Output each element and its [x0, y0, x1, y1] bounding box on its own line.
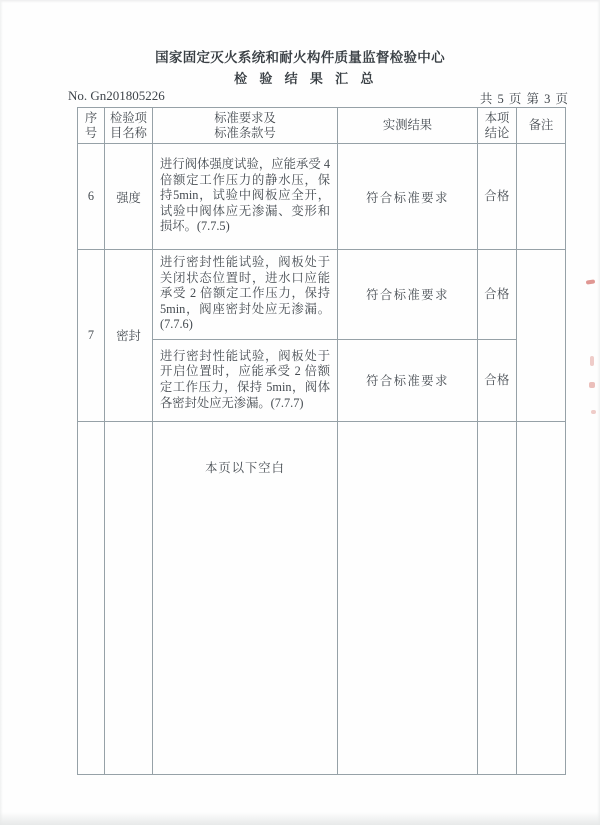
cell-conclusion-row6: 合格 [478, 144, 517, 250]
col-header-requirement: 标准要求及 标准条款号 [153, 108, 338, 144]
col-header-remark: 备注 [517, 108, 566, 144]
col-header-seq: 序 号 [78, 108, 105, 144]
cell-seq-row7: 7 [78, 250, 105, 422]
red-ink-bleed-mark [589, 382, 595, 388]
report-number: No. Gn201805226 [68, 88, 165, 104]
table-row-7a: 7 密封 进行密封性能试验，阀板处于关闭状态位置时，进水口应能承受 2 倍额定工… [78, 250, 566, 340]
cell-result-row7a: 符合标准要求 [338, 250, 478, 340]
table-row-blank: 本页以下空白 [78, 421, 566, 774]
cell-item-blank [105, 421, 153, 774]
cell-remark-blank [517, 421, 566, 774]
cell-seq-row6: 6 [78, 144, 105, 250]
cell-remark-row6 [517, 144, 566, 250]
table-row-6: 6 强度 进行阀体强度试验，应能承受 4 倍额定工作压力的静水压，保持5min，… [78, 144, 566, 250]
red-ink-bleed-mark [591, 410, 596, 414]
cell-conclusion-row7a: 合格 [478, 250, 517, 340]
cell-requirement-row7b: 进行密封性能试验，阀板处于开启位置时，应能承受 2 倍额定工作压力，保持 5mi… [153, 339, 338, 421]
red-ink-bleed-mark [590, 356, 594, 366]
document-title: 检 验 结 果 汇 总 [6, 68, 600, 87]
blank-page-note: 本页以下空白 [153, 421, 338, 774]
scan-edge-left [0, 0, 3, 825]
table-header-row: 序 号 检验项 目名称 标准要求及 标准条款号 实测结果 本项 结论 备注 [78, 108, 566, 144]
results-table: 序 号 检验项 目名称 标准要求及 标准条款号 实测结果 本项 结论 备注 6 … [77, 107, 566, 775]
col-header-conclusion: 本项 结论 [478, 108, 517, 144]
cell-remark-row7 [517, 250, 566, 422]
col-header-result: 实测结果 [338, 108, 478, 144]
cell-result-row7b: 符合标准要求 [338, 339, 478, 421]
page-indicator: 共 5 页 第 3 页 [480, 89, 569, 107]
cell-requirement-row7a: 进行密封性能试验，阀板处于关闭状态位置时，进水口应能承受 2 倍额定工作压力，保… [153, 250, 338, 340]
cell-item-row7: 密封 [105, 250, 153, 422]
scanned-report-page: 国家固定灭火系统和耐火构件质量监督检验中心 检 验 结 果 汇 总 No. Gn… [0, 0, 600, 825]
cell-item-row6: 强度 [105, 144, 153, 250]
scan-edge-bottom [0, 812, 600, 825]
scan-edge-top [0, 0, 600, 3]
red-ink-bleed-mark [586, 279, 595, 284]
cell-conclusion-blank [478, 421, 517, 774]
organization-name: 国家固定灭火系统和耐火构件质量监督检验中心 [0, 46, 600, 66]
col-header-item: 检验项 目名称 [105, 108, 153, 144]
cell-seq-blank [78, 421, 105, 774]
cell-result-blank [338, 421, 478, 774]
cell-conclusion-row7b: 合格 [478, 339, 517, 421]
cell-requirement-row6: 进行阀体强度试验，应能承受 4 倍额定工作压力的静水压，保持5min，试验中阀板… [153, 144, 338, 250]
cell-result-row6: 符合标准要求 [338, 144, 478, 250]
